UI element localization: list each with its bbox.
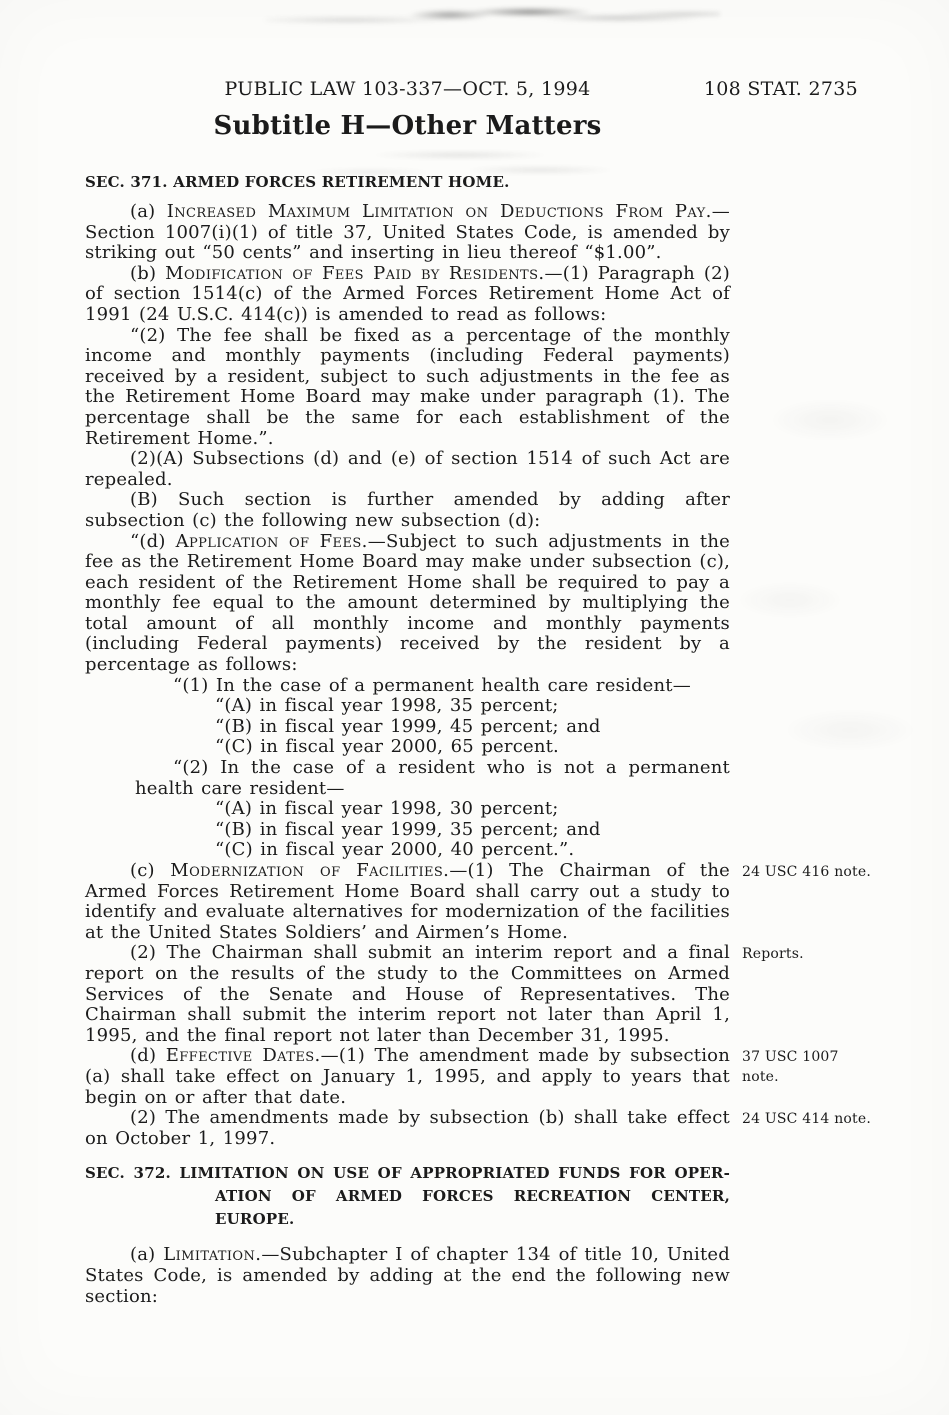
statute-paragraph: (2) The Chairman shall submit an interim… bbox=[85, 943, 730, 1046]
margin-note: 24 USC 414 note. bbox=[742, 1109, 912, 1129]
law-citation: PUBLIC LAW 103-337—OCT. 5, 1994 bbox=[85, 78, 730, 100]
small-caps-phrase: Application of Fees. bbox=[176, 531, 368, 552]
section-heading-line: SEC. 372. LIMITATION ON USE OF APPROPRIA… bbox=[85, 1162, 730, 1185]
statute-paragraph: “(d) Application of Fees.—Subject to suc… bbox=[85, 532, 730, 676]
statute-paragraph: “(C) in fiscal year 2000, 40 percent.”. bbox=[215, 840, 730, 861]
section-heading-line: SEC. 371. ARMED FORCES RETIREMENT HOME. bbox=[85, 173, 730, 192]
margin-note: Reports. bbox=[742, 944, 912, 964]
margin-note: 37 USC 1007 note. bbox=[742, 1047, 912, 1087]
statute-paragraph: (b) Modification of Fees Paid by Residen… bbox=[85, 264, 730, 326]
statute-paragraph: “(1) In the case of a permanent health c… bbox=[135, 676, 730, 697]
statute-paragraph: “(C) in fiscal year 2000, 65 percent. bbox=[215, 737, 730, 758]
small-caps-phrase: Modernization of Facilities. bbox=[170, 860, 449, 881]
statute-body: SEC. 371. ARMED FORCES RETIREMENT HOME.(… bbox=[85, 173, 730, 1307]
statute-paragraph: (a) Increased Maximum Limitation on Dedu… bbox=[85, 202, 730, 264]
margin-note: 24 USC 416 note. bbox=[742, 862, 912, 882]
statute-paragraph: “(A) in fiscal year 1998, 30 percent; bbox=[215, 799, 730, 820]
statute-paragraph: (B) Such section is further amended by a… bbox=[85, 490, 730, 531]
subtitle-heading: Subtitle H—Other Matters bbox=[85, 111, 730, 141]
statute-paragraph: (2)(A) Subsections (d) and (e) of sectio… bbox=[85, 449, 730, 490]
statute-paragraph: (2) The amendments made by subsection (b… bbox=[85, 1108, 730, 1149]
statute-paragraph: (c) Modernization of Facilities.—(1) The… bbox=[85, 861, 730, 943]
small-caps-phrase: Effective Dates. bbox=[166, 1045, 321, 1066]
small-caps-phrase: Modification of Fees Paid by Residents. bbox=[165, 263, 544, 284]
statute-paragraph: “(A) in fiscal year 1998, 35 percent; bbox=[215, 696, 730, 717]
section-heading: SEC. 372. LIMITATION ON USE OF APPROPRIA… bbox=[85, 1162, 730, 1231]
statute-paragraph: (d) Effective Dates.—(1) The amendment m… bbox=[85, 1046, 730, 1108]
section-heading-line: ATION OF ARMED FORCES RECREATION CENTER, bbox=[85, 1185, 730, 1208]
small-caps-phrase: Limitation. bbox=[163, 1244, 261, 1265]
section-heading-line: EUROPE. bbox=[85, 1208, 730, 1231]
scan-bleed-artifact-right-margin bbox=[730, 300, 930, 800]
stat-citation: 108 STAT. 2735 bbox=[704, 78, 858, 100]
statute-page: PUBLIC LAW 103-337—OCT. 5, 1994 108 STAT… bbox=[0, 0, 949, 1415]
statute-paragraph: “(B) in fiscal year 1999, 45 percent; an… bbox=[215, 717, 730, 738]
statute-paragraph: “(2) In the case of a resident who is no… bbox=[135, 758, 730, 799]
statute-paragraph: “(2) The fee shall be fixed as a percent… bbox=[85, 326, 730, 450]
small-caps-phrase: Increased Maximum Limitation on Deductio… bbox=[167, 201, 712, 222]
scan-bleed-artifact-top bbox=[265, 3, 720, 29]
statute-paragraph: (a) Limitation.—Subchapter I of chapter … bbox=[85, 1245, 730, 1307]
statute-paragraph: “(B) in fiscal year 1999, 35 percent; an… bbox=[215, 820, 730, 841]
section-heading: SEC. 371. ARMED FORCES RETIREMENT HOME. bbox=[85, 173, 730, 192]
